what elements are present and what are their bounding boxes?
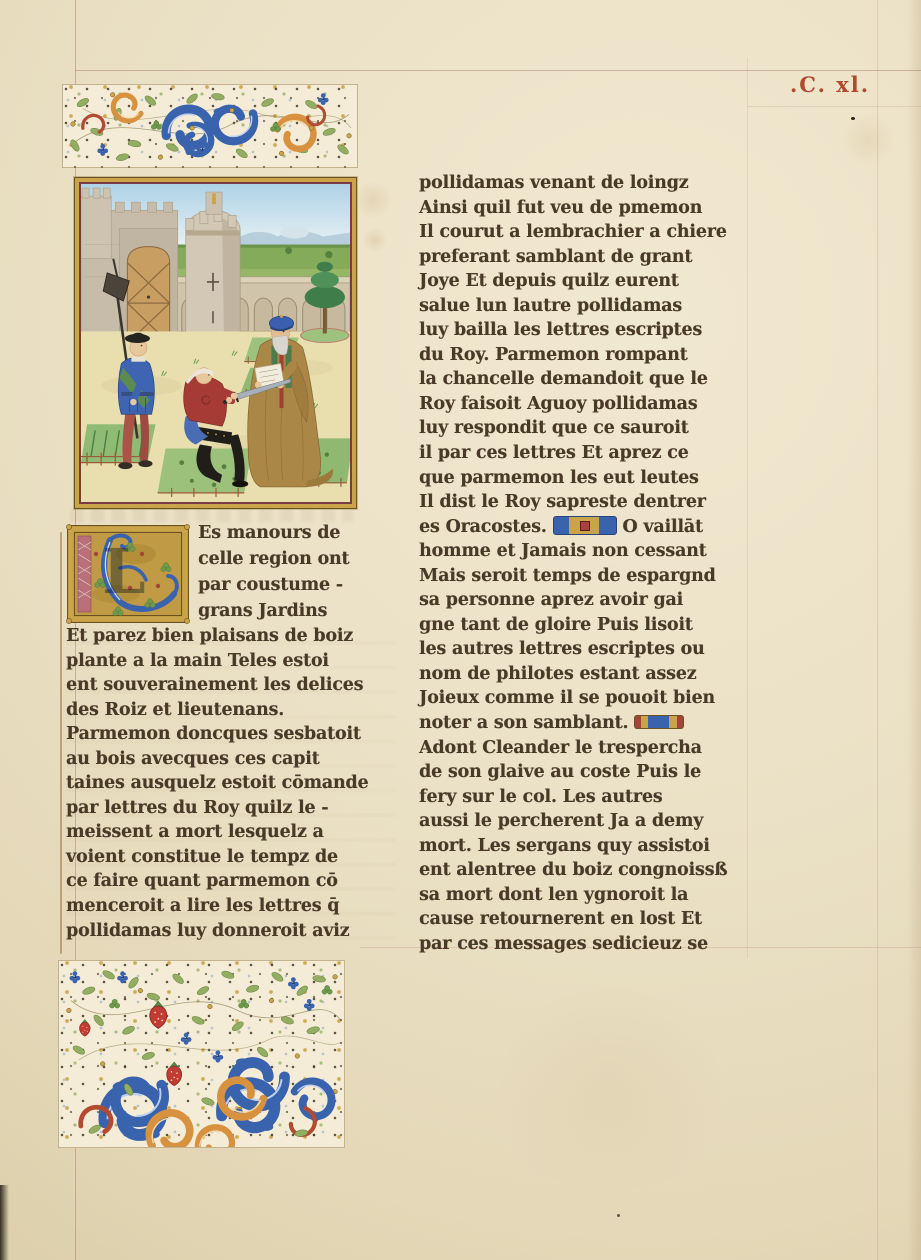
parchment-stain — [352, 182, 394, 218]
manuscript-line: Es manours de — [198, 520, 418, 546]
manuscript-line: preferant samblant de grant — [419, 245, 779, 270]
ink-speck — [617, 1214, 620, 1217]
manuscript-line: gne tant de gloire Puis lisoit — [419, 613, 779, 638]
manuscript-line: Parmemon doncques sesbatoit — [66, 722, 411, 747]
parchment-stain — [840, 115, 896, 165]
manuscript-line: nom de philotes estant assez — [419, 662, 779, 687]
initial-letter: L — [102, 524, 146, 620]
manuscript-line: Joye Et depuis quilz eurent — [419, 269, 779, 294]
manuscript-line: Et parez bien plaisans de boiz — [66, 624, 411, 649]
page-corner-shadow — [0, 1185, 9, 1260]
left-column-text: Et parez bien plaisans de boizplante a l… — [66, 624, 411, 943]
manuscript-line: luy bailla les lettres escriptes — [419, 318, 779, 343]
manuscript-line: celle region ont — [198, 546, 418, 572]
manuscript-line: Ainsi quil fut veu de pmemon — [419, 196, 779, 221]
manuscript-line: Il dist le Roy sapreste dentrer — [419, 490, 779, 515]
bottom-border-decoration — [58, 960, 345, 1148]
parchment-stain — [362, 228, 388, 252]
manuscript-line: Roy faisoit Aguoy pollidamas — [419, 392, 779, 417]
ruling-line — [877, 0, 878, 1260]
left-column-initial-lines: Es manours decelle region ontpar coustum… — [198, 520, 418, 624]
manuscript-line: des Roiz et lieutenans. — [66, 698, 411, 723]
manuscript-line: luy respondit que ce sauroit — [419, 416, 779, 441]
line-filler-ornament — [634, 715, 684, 729]
marginal-flourish — [60, 532, 62, 954]
manuscript-line: ent souverainement les delices — [66, 673, 411, 698]
manuscript-line: Il courut a lembrachier a chiere — [419, 220, 779, 245]
manuscript-line: salue lun lautre pollidamas — [419, 294, 779, 319]
parchment-stain — [480, 990, 740, 1190]
manuscript-line: au bois avecques ces capit — [66, 747, 411, 772]
miniature-painting — [74, 177, 357, 509]
top-border-decoration — [62, 84, 358, 168]
manuscript-line: il par ces lettres Et aprez ce — [419, 441, 779, 466]
manuscript-line: par lettres du Roy quilz le - — [66, 796, 411, 821]
manuscript-line: pollidamas luy donneroit aviz — [66, 919, 411, 944]
manuscript-page: .C. xl. — [0, 0, 921, 1260]
page-edge-shadow — [907, 0, 921, 1260]
manuscript-line: la chancelle demandoit que le — [419, 367, 779, 392]
manuscript-line: Joieux comme il se pouoit bien — [419, 686, 779, 711]
right-column-text: pollidamas venant de loingzAinsi quil fu… — [419, 171, 779, 957]
folio-number: .C. xl. — [790, 72, 910, 97]
manuscript-line: cause retournerent en lost Et — [419, 907, 779, 932]
manuscript-line: es Oracostes. O vaillāt — [419, 515, 779, 540]
manuscript-line: ce faire quant parmemon cō — [66, 869, 411, 894]
line-filler-ornament — [553, 516, 617, 535]
manuscript-line: ent alentree du boiz congnoissß — [419, 858, 779, 883]
manuscript-line: aussi le percherent Ja a demy — [419, 809, 779, 834]
manuscript-line: Mais seroit temps de espargnd — [419, 564, 779, 589]
manuscript-line: de son glaive au coste Puis le — [419, 760, 779, 785]
manuscript-line: sa personne aprez avoir gai — [419, 588, 779, 613]
manuscript-line: noter a son samblant. — [419, 711, 779, 736]
manuscript-line: voient constitue le tempz de — [66, 845, 411, 870]
manuscript-line: menceroit a lire les lettres q̄ — [66, 894, 411, 919]
manuscript-line: grans Jardins — [198, 598, 418, 624]
ruling-line — [75, 70, 921, 71]
manuscript-line: les autres lettres escriptes ou — [419, 637, 779, 662]
ink-speck — [851, 117, 855, 120]
manuscript-line: du Roy. Parmemon rompant — [419, 343, 779, 368]
manuscript-line: sa mort dont len ygnoroit la — [419, 883, 779, 908]
manuscript-line: pollidamas venant de loingz — [419, 171, 779, 196]
manuscript-line: par ces messages sedicieuz se — [419, 932, 779, 957]
manuscript-line: par coustume - — [198, 572, 418, 598]
illuminated-initial: L — [66, 524, 190, 624]
castle — [81, 188, 247, 351]
manuscript-line: Adont Cleander le trespercha — [419, 736, 779, 761]
manuscript-line: que parmemon les eut leutes — [419, 466, 779, 491]
manuscript-line: fery sur le col. Les autres — [419, 785, 779, 810]
ruling-line — [747, 106, 921, 107]
manuscript-line: meissent a mort lesquelz a — [66, 820, 411, 845]
manuscript-line: homme et Jamais non cessant — [419, 539, 779, 564]
manuscript-line: plante a la main Teles estoi — [66, 649, 411, 674]
manuscript-line: mort. Les sergans quy assistoi — [419, 834, 779, 859]
manuscript-line: taines ausquelz estoit cōmande — [66, 771, 411, 796]
